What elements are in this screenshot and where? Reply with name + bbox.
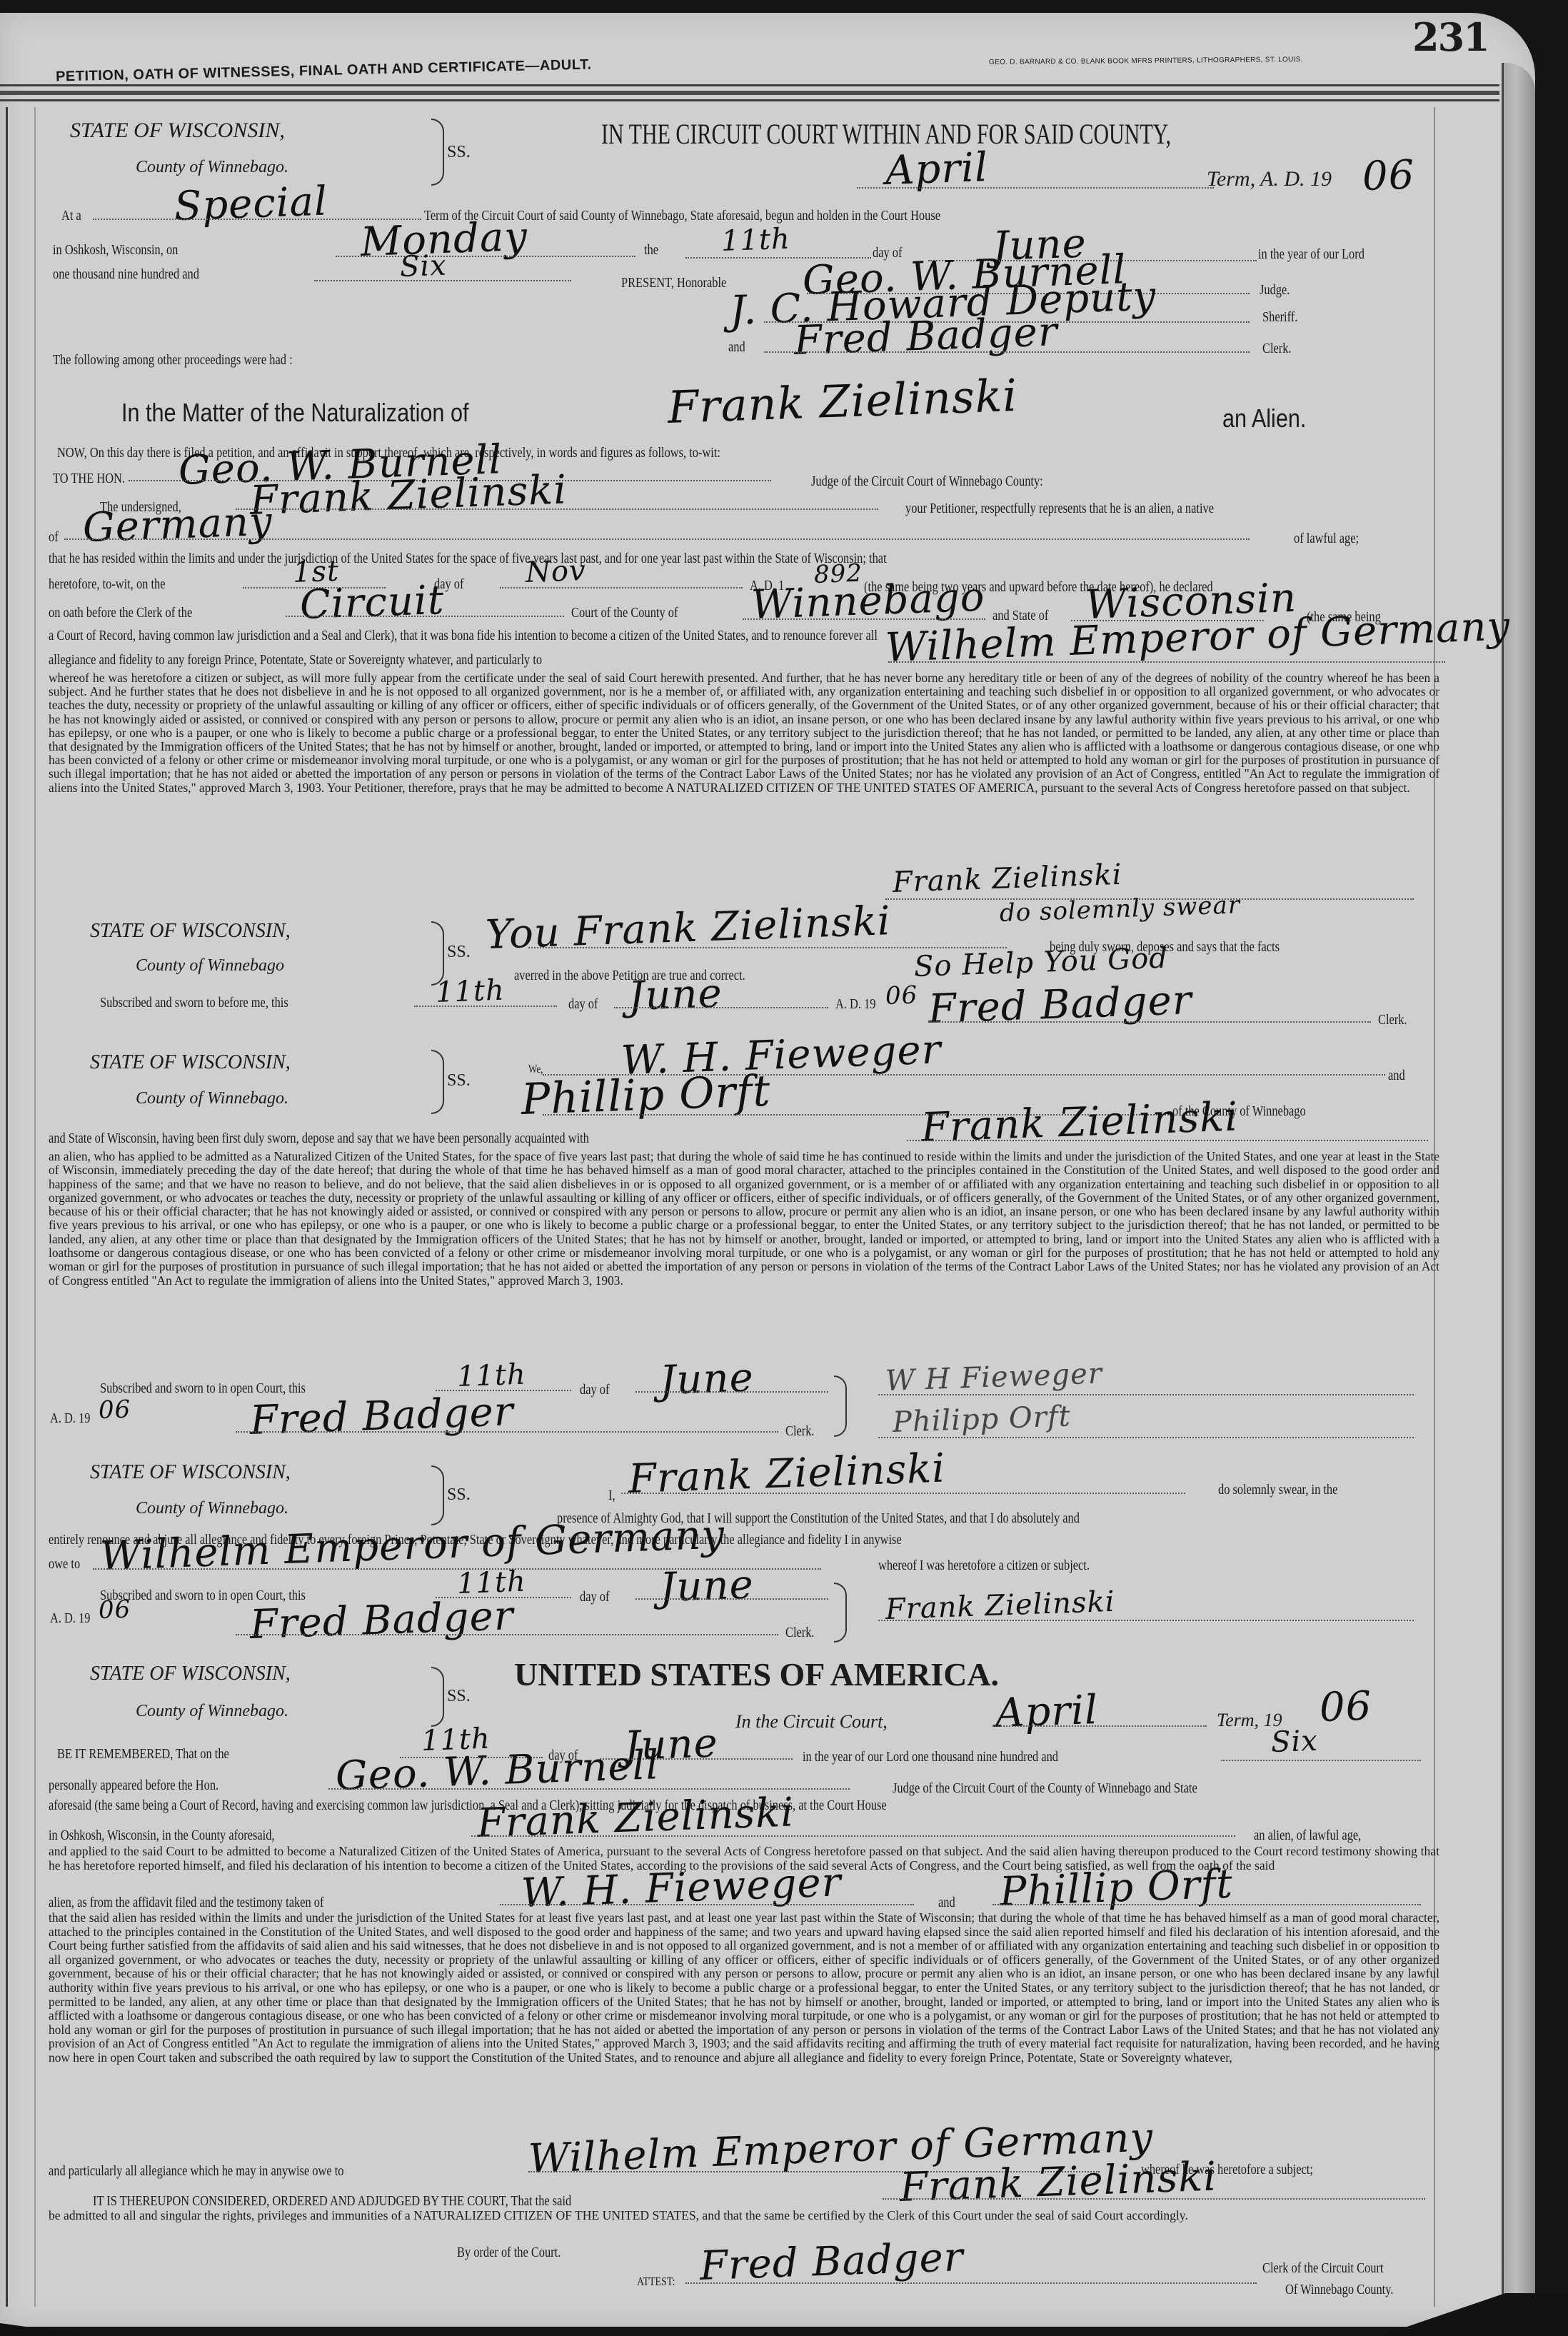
brace: [834, 1583, 847, 1643]
state-label: STATE OF WISCONSIN,: [90, 1664, 291, 1684]
fill-line: [1221, 1760, 1421, 1761]
day-handwritten: 11th: [456, 1360, 526, 1391]
court-heading: IN THE CIRCUIT COURT WITHIN AND FOR SAID…: [601, 120, 1171, 149]
court-type-handwritten: Circuit: [299, 581, 445, 626]
fill-line: [414, 1006, 557, 1007]
page-edge: [1502, 63, 1535, 2312]
to-hon-label: TO THE HON.: [53, 471, 125, 486]
swear-text: do solemnly swear, in the: [1218, 1483, 1337, 1497]
fill-line: [992, 1725, 1207, 1727]
term-month-handwritten: April: [885, 148, 989, 191]
heretofore-label: heretofore, to-wit, on the: [49, 577, 165, 591]
fill-line: [685, 2282, 1257, 2284]
fill-line: [764, 351, 1250, 353]
fill-line: [614, 1007, 828, 1008]
fill-line: [878, 1620, 1414, 1621]
resided-text: that he has resided within the limits an…: [49, 551, 1395, 566]
witnesses-body: an alien, who has applied to be admitted…: [49, 1150, 1439, 1288]
fill-line: [500, 1904, 914, 1905]
certificate-heading: UNITED STATES OF AMERICA.: [514, 1658, 999, 1691]
clerk-signature: Fred Badger: [249, 1596, 514, 1645]
of-label: of: [49, 530, 59, 544]
fill-line: [743, 618, 985, 620]
brace: [431, 1667, 444, 1727]
thousand-label: one thousand nine hundred and: [53, 267, 199, 281]
clerk-name-handwritten: Fred Badger: [793, 312, 1058, 361]
header-rules: [0, 84, 1499, 113]
term-year-handwritten: 06: [1319, 1686, 1372, 1728]
subscribed-text: Subscribed and sworn to before me, this: [100, 996, 288, 1010]
admitted-text: be admitted to all and singular the righ…: [49, 2208, 1439, 2222]
term-type-handwritten: Special: [174, 182, 328, 227]
state-label: STATE OF WISCONSIN,: [90, 921, 291, 941]
witness2-signature: Philipp Orft: [892, 1402, 1071, 1437]
clerk-label: Clerk.: [785, 1424, 815, 1438]
clerk-label: Clerk.: [1262, 341, 1292, 356]
year-handwritten: 06: [98, 1597, 131, 1623]
term-label: Term, A. D. 19: [1207, 169, 1332, 190]
judge-of-label: Judge of the Circuit Court of Winnebago …: [811, 474, 1043, 488]
represents-text: your Petitioner, respectfully represents…: [905, 501, 1214, 516]
ss-label: SS.: [447, 1687, 471, 1706]
month-handwritten: June: [659, 1565, 755, 1608]
clerk-signature: Fred Badger: [249, 1392, 514, 1441]
in-oshkosh-text: in Oshkosh, Wisconsin, in the County afo…: [49, 1828, 275, 1843]
fill-line: [888, 661, 1445, 663]
margin-rule: [6, 107, 8, 2307]
page-number: 231: [1412, 14, 1489, 60]
petitioner-name-handwritten: Frank Zielinski: [249, 471, 568, 521]
month-handwritten: June: [659, 1358, 755, 1401]
present-label: PRESENT, Honorable: [621, 276, 726, 290]
in-oshkosh-label: in Oshkosh, Wisconsin, on: [53, 243, 178, 257]
ss-label: SS.: [447, 143, 471, 162]
ss-label: SS.: [447, 1485, 471, 1505]
clerk-of-label: Clerk of the Circuit Court: [1262, 2261, 1383, 2275]
county-label: County of Winnebago.: [136, 1090, 288, 1107]
term-month-handwritten: April: [995, 1690, 1099, 1734]
year-handwritten: 06: [98, 1397, 131, 1423]
brace: [834, 1375, 847, 1437]
ad-label: A. D. 19: [50, 1611, 90, 1625]
day-handwritten: 11th: [720, 225, 790, 256]
brace: [431, 119, 444, 186]
term-year-handwritten: 06: [1362, 155, 1415, 197]
brace: [431, 1050, 444, 1114]
margin-rule: [34, 107, 36, 2307]
the-label: the: [644, 243, 658, 257]
and-label: and: [938, 1895, 955, 1910]
day-of-label: day of: [580, 1590, 609, 1604]
clerk-label: Clerk.: [785, 1625, 815, 1640]
fill-line: [635, 1598, 828, 1600]
petition-signature: Frank Zielinski: [892, 861, 1122, 897]
attest-label: ATTEST:: [637, 2275, 675, 2287]
fill-line: [471, 1835, 1235, 1837]
particularly-text: and particularly all allegiance which he…: [49, 2164, 343, 2178]
day-of-label: day of: [580, 1383, 609, 1397]
ad-label: A. D. 19: [50, 1411, 90, 1425]
decl-month-handwritten: Nov: [525, 556, 586, 587]
sheriff-label: Sheriff.: [1262, 310, 1297, 324]
county-label: County of Winnebago.: [136, 159, 288, 176]
petitioner-signature: Frank Zielinski: [885, 1588, 1115, 1624]
state-label: STATE OF WISCONSIN,: [70, 120, 285, 141]
county-label: County of Winnebago.: [136, 1703, 288, 1720]
ss-label: SS.: [447, 943, 471, 962]
i-label: I,: [608, 1488, 615, 1503]
appeared-text: personally appeared before the Hon.: [49, 1778, 218, 1793]
witness1-handwritten: W. H. Fieweger: [521, 1863, 842, 1914]
fill-line: [621, 1493, 1185, 1494]
at-a-label: At a: [61, 209, 81, 223]
day-handwritten: 11th: [435, 976, 505, 1007]
on-oath-label: on oath before the Clerk of the: [49, 606, 192, 620]
help-god-handwritten: So Help You God: [913, 944, 1168, 981]
court-of-county-label: Court of the County of: [571, 606, 678, 620]
and-label: and: [728, 340, 745, 354]
fill-line: [992, 1904, 1421, 1905]
lawful-age-label: of lawful age;: [1294, 531, 1359, 546]
fill-line: [878, 1437, 1414, 1438]
following-label: The following among other proceedings we…: [53, 353, 293, 367]
alien-name2-handwritten: Frank Zielinski: [899, 2157, 1217, 2208]
fill-line: [878, 1394, 1414, 1395]
fill-line: [528, 947, 1007, 948]
judge-label: Judge.: [1260, 283, 1290, 297]
owe-to-label: owe to: [49, 1557, 80, 1571]
county-label: County of Winnebago.: [136, 1500, 288, 1517]
certificate-body: that the said alien has resided within t…: [49, 1911, 1439, 2065]
subscribed-text: Subscribed and sworn to in open Court, t…: [100, 1381, 306, 1395]
matter-prefix: In the Matter of the Naturalization of: [121, 400, 468, 426]
and-label: and: [1388, 1068, 1405, 1083]
year-text: in the year of our Lord one thousand nin…: [803, 1750, 1058, 1764]
remembered-text: BE IT REMEMBERED, That on the: [57, 1747, 229, 1761]
fill-line: [907, 1140, 1428, 1141]
fill-line: [857, 187, 1214, 189]
county-label: County of Winnebago: [136, 957, 284, 974]
state-label: STATE OF WISCONSIN,: [90, 1053, 291, 1073]
fill-line: [236, 508, 878, 510]
alien-name-handwritten: Frank Zielinski: [667, 374, 1018, 430]
ad-label: A. D. 19: [835, 997, 875, 1011]
ss-label: SS.: [447, 1071, 471, 1091]
petition-body: whereof he was heretofore a citizen or s…: [49, 671, 1439, 795]
fill-line: [928, 1021, 1371, 1023]
matter-suffix: an Alien.: [1222, 406, 1306, 431]
fill-line: [236, 1431, 778, 1433]
clerk-signature: Fred Badger: [699, 2237, 964, 2287]
whereof-text: whereof I was heretofore a citizen or su…: [878, 1558, 1090, 1573]
month-handwritten: June: [628, 973, 723, 1017]
state-label: STATE OF WISCONSIN,: [90, 1463, 291, 1483]
fill-line: [64, 538, 1250, 540]
year-word-handwritten: Six: [399, 251, 447, 281]
fill-line: [314, 280, 571, 281]
allegiance-text: allegiance and fidelity to any foreign P…: [49, 653, 542, 667]
fill-line: [500, 587, 743, 588]
clerk-label: Clerk.: [1378, 1013, 1407, 1027]
judge-of-label: Judge of the Circuit Court of the County…: [893, 1781, 1197, 1795]
lawful-age-label: an alien, of lawful age,: [1254, 1828, 1361, 1843]
considered-text: IT IS THEREUPON CONSIDERED, ORDERED AND …: [93, 2194, 571, 2208]
witness1-signature: W H Fieweger: [885, 1359, 1102, 1395]
acquainted-text: and State of Wisconsin, having been firs…: [49, 1131, 589, 1146]
fill-line: [635, 1391, 828, 1393]
testimony-text: alien, as from the affidavit filed and t…: [49, 1895, 323, 1910]
by-order-label: By order of the Court.: [457, 2245, 561, 2260]
year-of-lord-label: in the year of our Lord: [1258, 247, 1365, 261]
brace: [431, 1465, 444, 1525]
in-circuit-label: In the Circuit Court,: [735, 1713, 888, 1731]
term-text: Term of the Circuit Court of said County…: [424, 209, 1419, 223]
native-country-handwritten: Germany: [82, 502, 273, 548]
fill-line: [883, 2198, 1425, 2200]
fill-line: [286, 616, 564, 617]
fill-line: [236, 1634, 778, 1635]
day-of-label: day of: [568, 997, 598, 1011]
of-county-label: Of Winnebago County.: [1285, 2282, 1393, 2297]
fill-line: [336, 256, 635, 257]
year-handwritten: 06: [885, 983, 918, 1008]
year-word-handwritten: Six: [1270, 1727, 1318, 1757]
